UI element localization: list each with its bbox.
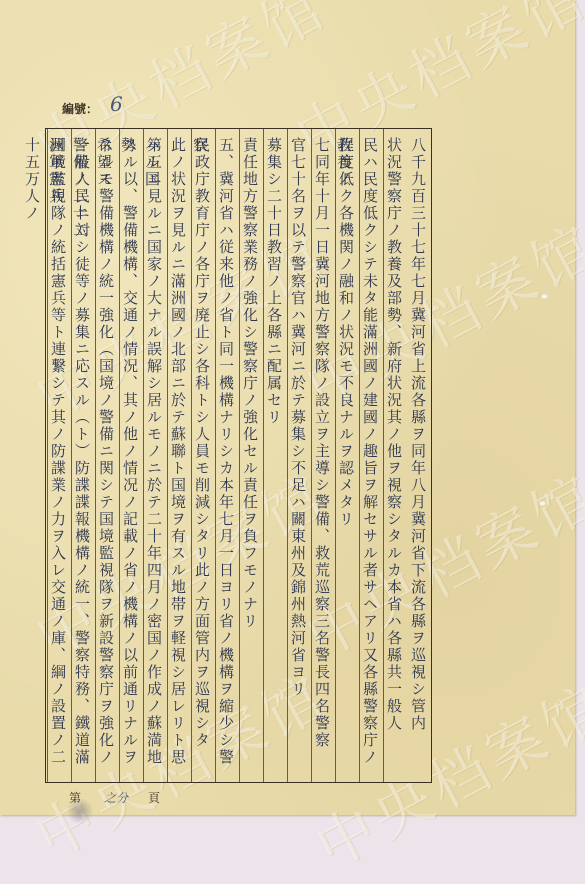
text-column: 官七十名ヲ以テ警察官ハ冀河ニ於テ募集シ不足ハ關東州及錦州熱河省ヨリ: [287, 129, 311, 782]
text-column: スルモ警備機構ノ統一強化（国境ノ警備ニ関シテ国境監視隊ヲ新設警察庁ヲ強化ノ警備ノ…: [95, 129, 119, 782]
text-column: 七同年十月一日冀河地方警察隊ノ設立ヲ主導シ警備、救荒巡察三名警長四名警察: [311, 129, 335, 782]
text-column: 一般人民ニ対シ徒等ノ募集ニ応スル（ト）防諜諜報機構ノ統一、警察特務、鐵道滿洲軍憲…: [71, 129, 95, 782]
serial-number-label: 編號：: [62, 100, 98, 117]
text-column: 程度低ク各機関ノ融和ノ状況モ不良ナルヲ認メタリ: [335, 129, 359, 782]
text-column: 募集シ二十日教習ノ上各縣ニ配属セリ: [263, 129, 287, 782]
serial-number-value: 6: [110, 92, 123, 116]
document-page: 中央档案馆 中央档案馆 中央档案馆 中央档案馆 中央档案馆 中央档案馆 中央档案…: [0, 0, 575, 815]
text-column: 此ノ状況ヲ見ルニ滿洲國ノ北部ニ於テ蘇聯ト国境ヲ有スル地帯ヲ軽視シ居レリト思ハル国: [167, 129, 191, 782]
manuscript-grid: 八千九百三十七年七月冀河省上流各縣ヲ同年八月冀河省下流各縣ヲ巡視シ管内状況警察庁…: [45, 128, 432, 783]
text-column: 五、冀河省ハ従来他ノ省ト同一機構ナリシカ本年七月一日ヨリ省ノ機構ヲ縮少シ警察: [215, 129, 239, 782]
text-column: 責任地方警察業務ノ強化シ警察庁ノ強化セル責任ヲ負フモノナリ: [239, 129, 263, 782]
text-column: 八千九百三十七年七月冀河省上流各縣ヲ同年八月冀河省下流各縣ヲ巡視シ管内: [407, 129, 431, 782]
text-column: 國境監視隊ノ統括憲兵等ト連繋シテ其ノ防諜業ノ力ヲ入レ交通ノ庫、綱ノ設置ノ二十五万…: [47, 129, 71, 782]
text-column: 第五ニ見ルニ国家ノ大ナル誤解シ居ルモノニ於テ二十年四月ノ密国ノ作成ノ蘇満地勢: [143, 129, 167, 782]
footer-page-suffix: 頁: [148, 789, 160, 806]
footer-page-number: 之分: [104, 789, 128, 806]
text-column: 民ハ民度低クシテ未タ能滿洲國ノ建國ノ趣旨ヲ解セサル者サヘアリ又各縣警察庁ノ教養ノ: [359, 129, 383, 782]
ink-smudge: [66, 798, 94, 824]
punch-hole: [539, 501, 546, 506]
text-column: スル以、警備機構、交通ノ情况、其ノ他ノ情况ノ記載ノ省ノ機構ノ以前通リナルヲ希望ス: [119, 129, 143, 782]
punch-hole: [541, 294, 548, 299]
text-column: 状況警察庁ノ教養及部勢、新府状況其ノ他ヲ視察シタルカ本省ハ各縣共一般人: [383, 129, 407, 782]
text-column: 民政庁教育庁ノ各庁ヲ廃止シ各科トシ人員モ削減シタリ此ノ方面管内ヲ巡視シタ: [191, 129, 215, 782]
